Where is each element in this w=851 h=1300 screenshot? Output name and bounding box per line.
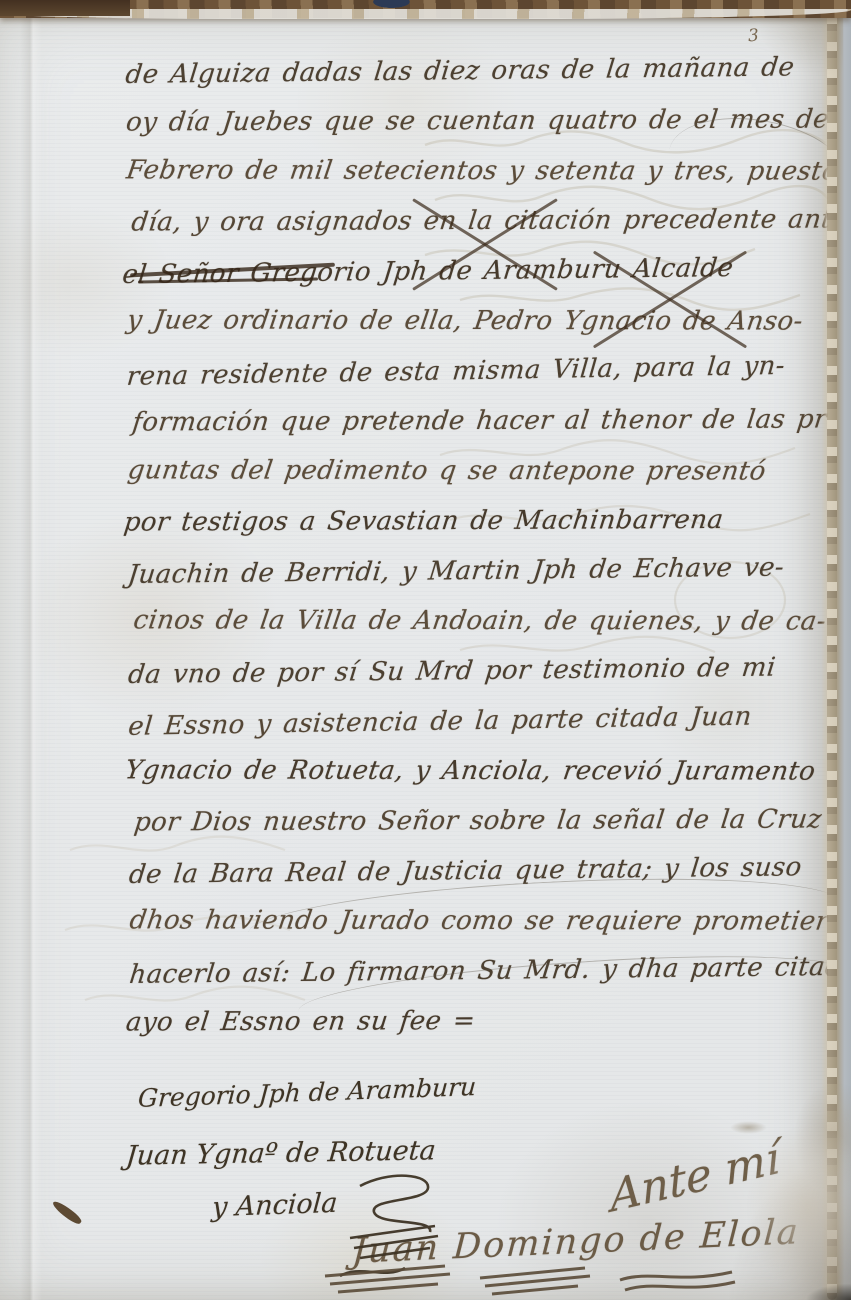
torn-top-edge-left — [0, 0, 130, 16]
signature-rotueta-line2: y Anciola — [211, 1188, 339, 1223]
scanned-manuscript-document: { "page": { "folio_number": "3" }, "manu… — [0, 0, 851, 1300]
manuscript-line: guntas del pedimento q se antepone prese… — [124, 445, 837, 496]
crossout-x-mark — [400, 178, 570, 308]
manuscript-line: el Essno y asistencia de la parte citada… — [126, 690, 837, 752]
manuscript-line: formación que pretende hacer al thenor d… — [129, 394, 836, 447]
manuscript-line: Ygnacio de Rotueta, y Anciola, recevió J… — [122, 745, 839, 796]
fold-crease — [20, 10, 42, 1300]
manuscript-line: por testigos a Sevastian de Machinbarren… — [121, 494, 837, 547]
manuscript-line: Juachin de Berridi, y Martin Jph de Echa… — [125, 542, 837, 600]
manuscript-line: por Dios nuestro Señor sobre la señal de… — [131, 794, 838, 847]
signature-rotueta-line1: Juan Ygnaº de Rotueta — [125, 1135, 437, 1171]
manuscript-line: de Alguiza dadas las diez oras de la mañ… — [123, 42, 835, 100]
manuscript-line: cinos de la Villa de Andoain, de quienes… — [130, 595, 838, 646]
crossout-x-mark — [580, 238, 760, 358]
